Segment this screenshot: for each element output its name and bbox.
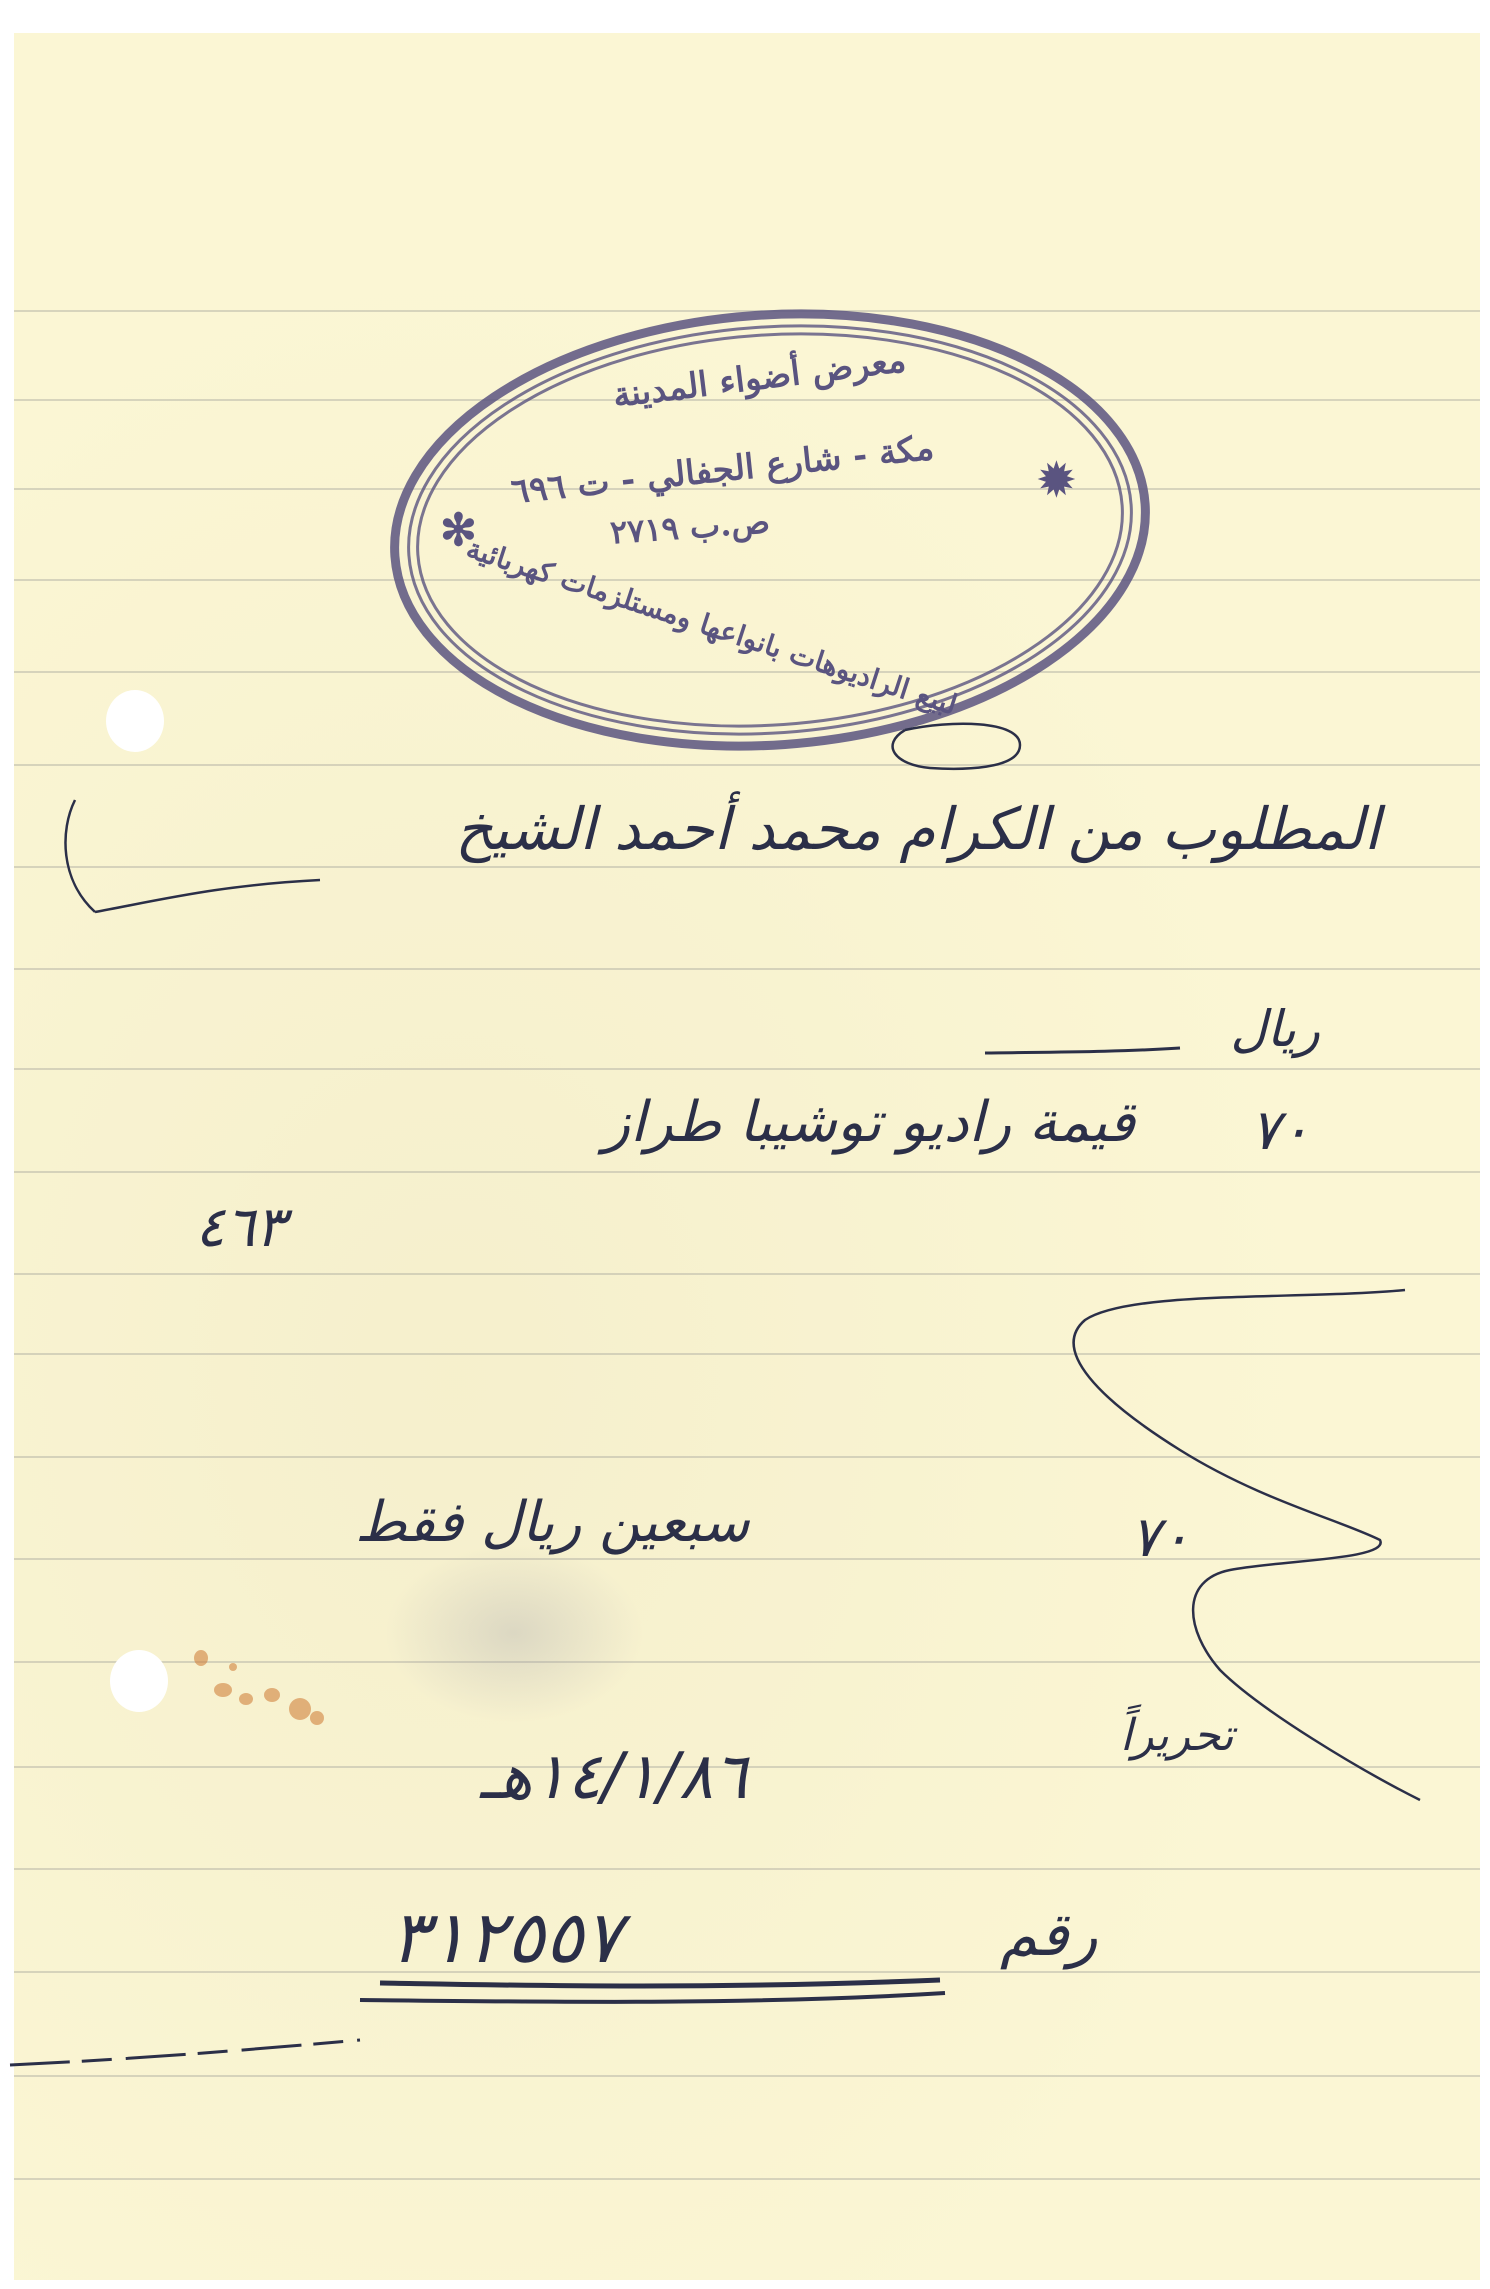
number-label: رقم [1000, 1900, 1098, 1970]
item-model: ٤٦٣ [195, 1195, 285, 1260]
currency-header: ريال [1230, 1000, 1320, 1058]
stamp-ornament-icon: ✻ [440, 505, 477, 556]
date-value: ١٤/١/٨٦هـ [480, 1740, 748, 1814]
total-in-words: سبعين ريال فقط [355, 1490, 750, 1555]
item-description: قيمة راديو توشيبا طراز [603, 1090, 1135, 1155]
addressee-line: المطلوب من الكرام محمد أحمد الشيخ [455, 795, 1380, 863]
item-amount: ٧٠ [1250, 1098, 1310, 1163]
receipt-number: ٣١٢٥٥٧ [390, 1895, 622, 1979]
total-amount: ٧٠ [1130, 1505, 1190, 1570]
stamp-ornament-icon: ✹ [1038, 455, 1075, 506]
date-label: تحريراً [1120, 1710, 1234, 1761]
